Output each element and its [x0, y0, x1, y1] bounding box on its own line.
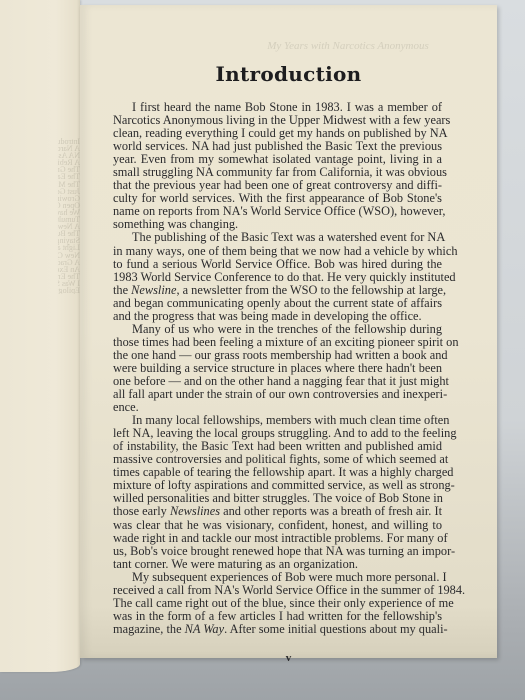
paragraph: Many of us who were in the trenches of t… [113, 323, 442, 414]
italic-title: NA Way [185, 622, 224, 636]
paragraph: In many local fellowships, members with … [113, 414, 442, 571]
text-line: and the progress that was being made in … [113, 310, 442, 323]
italic-title: Newsline [131, 283, 176, 297]
text-line: the one hand — our grass roots membershi… [113, 349, 442, 362]
chapter-title: Introduction [80, 62, 497, 86]
text-line: wade right in and tackle our most intrac… [113, 532, 442, 545]
page-number: v [80, 652, 497, 664]
text-line: My subsequent experiences of Bob were mu… [113, 571, 442, 584]
text-line: was in the form of a few articles I had … [113, 610, 442, 623]
text-line: to fund a serious World Service Office. … [113, 258, 442, 271]
text-line: in many ways, one of them being that we … [113, 245, 442, 258]
text-line: magazine, the NA Way. After some initial… [113, 623, 442, 636]
paragraph: The publishing of the Basic Text was a w… [113, 231, 442, 322]
text-line: received a call from NA's World Service … [113, 584, 442, 597]
body-text: I first heard the name Bob Stone in 1983… [113, 101, 442, 636]
italic-title: Newslines [170, 504, 220, 518]
text-line: all fall apart under the strain of our o… [113, 388, 442, 401]
paragraph: My subsequent experiences of Bob were mu… [113, 571, 442, 636]
text-line: those times had been feeling a mixture o… [113, 336, 442, 349]
left-page: Introductio A Narcotic NA As W A Rebirth… [0, 0, 80, 672]
text-line: and began communicating openly about the… [113, 297, 442, 310]
text-line: us, Bob's voice brought renewed hope tha… [113, 545, 442, 558]
text-line: The call came right out of the blue, sin… [113, 597, 442, 610]
paragraph: I first heard the name Bob Stone in 1983… [113, 101, 442, 231]
text-line: the Newsline, a newsletter from the WSO … [113, 284, 442, 297]
text-line: Many of us who were in the trenches of t… [113, 323, 442, 336]
running-head-bleed-through: My Years with Narcotics Anonymous [198, 40, 498, 52]
text-line: was clear that he was visionary, confide… [113, 519, 442, 532]
text-line: tant corner. We were maturing as an orga… [113, 558, 442, 571]
left-page-bleed-through: Introductio A Narcotic NA As W A Rebirth… [58, 138, 80, 294]
right-page: My Years with Narcotics Anonymous Introd… [80, 5, 497, 658]
text-line: those early Newslines and other reports … [113, 505, 442, 518]
text-line: The publishing of the Basic Text was a w… [113, 231, 442, 244]
